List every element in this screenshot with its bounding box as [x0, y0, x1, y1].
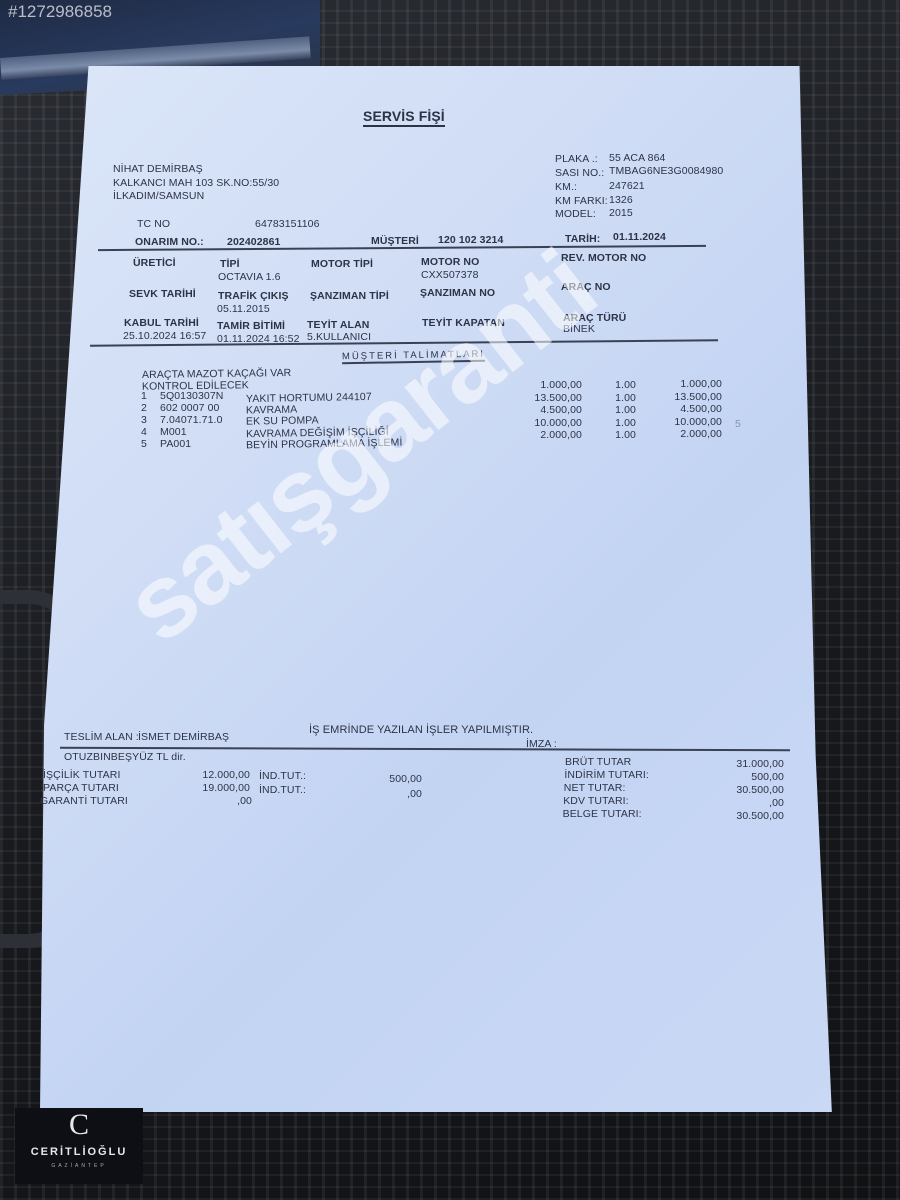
total-value: 30.500,00: [690, 810, 784, 822]
line-item-qty: 1.00: [600, 404, 636, 416]
total-label: BRÜT TUTAR: [565, 756, 631, 768]
teyit-alan-value: 5.KULLANICI: [307, 331, 371, 343]
dealer-logo: C CERİTLİOĞLU GAZİANTEP: [15, 1108, 143, 1184]
amount-in-words: OTUZBINBEŞYÜZ TL dir.: [64, 751, 186, 763]
tc-label: TC NO: [137, 218, 170, 230]
rev-motor-no-label: REV. MOTOR NO: [561, 252, 646, 264]
line-item-no: 2: [141, 402, 147, 414]
km-label: KM.:: [555, 181, 577, 193]
km-farki-label: KM FARKI:: [555, 195, 608, 207]
total-label: İNDİRİM TUTARI:: [564, 769, 649, 781]
tamir-bitimi-label: TAMİR BİTİMİ: [217, 320, 285, 332]
musteri-label: MÜŞTERİ: [371, 235, 419, 247]
line-item-total: 10.000,00: [640, 416, 722, 428]
stray-mark: 5: [735, 418, 741, 430]
kabul-tarihi-label: KABUL TARİHİ: [124, 317, 199, 329]
line-item-qty: 1.00: [600, 417, 636, 429]
plaka-label: PLAKA .:: [555, 153, 598, 165]
total-label: BELGE TUTARI:: [563, 808, 642, 820]
onarim-value: 202402861: [227, 236, 280, 248]
dealer-logo-mark: C: [15, 1110, 143, 1140]
tipi-label: TİPİ: [220, 258, 240, 270]
line-item-unit-price: 4.500,00: [500, 404, 582, 416]
teslim-alan-value: İSMET DEMİRBAŞ: [138, 731, 229, 743]
line-item-no: 1: [141, 390, 147, 402]
km-farki-value: 1326: [609, 194, 633, 206]
motor-tipi-label: MOTOR TİPİ: [311, 258, 373, 270]
line-item-no: 3: [141, 414, 147, 426]
ind-tut-value-1: 500,00: [340, 773, 422, 785]
customer-address-2: İLKADIM/SAMSUN: [113, 190, 204, 202]
line-item-code: 7.04071.71.0: [160, 414, 223, 426]
line-item-qty: 1.00: [600, 429, 636, 441]
kabul-tarihi-value: 25.10.2024 16:57: [123, 330, 206, 342]
customer-address-1: KALKANCI MAH 103 SK.NO:55/30: [113, 177, 279, 189]
total-label: NET TUTAR:: [564, 782, 626, 794]
tipi-value: OCTAVIA 1.6: [218, 271, 281, 283]
total-value: 30.500,00: [690, 784, 784, 796]
line-item-no: 4: [141, 426, 147, 438]
parca-value: 19.000,00: [170, 782, 250, 794]
line-item-code: 5Q0130307N: [160, 390, 223, 402]
service-receipt: SERVİS FİŞİ NİHAT DEMİRBAŞ KALKANCI MAH …: [0, 0, 900, 1200]
line-item-qty: 1.00: [600, 392, 636, 404]
onarim-label: ONARIM NO.:: [135, 236, 204, 248]
sanziman-tipi-label: ŞANZIMAN TİPİ: [310, 290, 389, 302]
km-value: 247621: [609, 180, 645, 192]
line-item-code: M001: [160, 426, 187, 438]
trafik-cikis-value: 05.11.2015: [217, 303, 270, 315]
garanti-value: ,00: [170, 795, 252, 807]
line-item-total: 4.500,00: [640, 403, 722, 415]
line-item-unit-price: 2.000,00: [500, 429, 582, 441]
line-item-code: PA001: [160, 438, 191, 450]
tc-value: 64783151106: [255, 218, 320, 230]
sevk-tarihi-label: SEVK TARİHİ: [129, 288, 196, 300]
tarih-value: 01.11.2024: [613, 231, 666, 243]
ind-tut-label-2: İND.TUT.:: [259, 784, 306, 796]
garanti-label: GARANTİ TUTARI: [40, 795, 136, 807]
iscilik-value: 12.000,00: [170, 769, 250, 781]
total-value: ,00: [690, 797, 784, 809]
parca-label: PARÇA TUTARI:: [40, 782, 138, 794]
total-label: KDV TUTARI:: [563, 795, 628, 807]
model-label: MODEL:: [555, 208, 596, 220]
total-value: 31.000,00: [690, 758, 784, 770]
sasi-label: SASI NO.:: [555, 167, 604, 179]
teslim-alan-label: TESLİM ALAN :: [64, 731, 139, 743]
musteri-value: 120 102 3214: [438, 234, 503, 246]
line-item-code: 602 0007 00: [160, 402, 220, 414]
dealer-city: GAZİANTEP: [15, 1163, 143, 1169]
line-item-total: 13.500,00: [640, 391, 722, 403]
trafik-cikis-label: TRAFİK ÇIKIŞ: [218, 290, 289, 302]
dealer-name: CERİTLİOĞLU: [15, 1146, 143, 1158]
sasi-value: TMBAG6NE3G0084980: [609, 165, 723, 177]
model-value: 2015: [609, 207, 633, 219]
iscilik-label: İŞÇİLİK TUTARI:: [40, 769, 150, 781]
completed-statement: İŞ EMRİNDE YAZILAN İŞLER YAPILMIŞTIR.: [309, 724, 533, 736]
line-item-total: 1.000,00: [640, 378, 722, 390]
plaka-value: 55 ACA 864: [609, 152, 665, 164]
line-item-total: 2.000,00: [640, 428, 722, 440]
motor-no-value: CXX507378: [421, 269, 479, 281]
uretici-label: ÜRETİCİ: [133, 257, 176, 269]
line-item-no: 5: [141, 438, 147, 450]
ind-tut-value-2: ,00: [340, 788, 422, 800]
line-item-qty: 1.00: [600, 379, 636, 391]
ind-tut-label-1: İND.TUT.:: [259, 770, 306, 782]
line-item-unit-price: 10.000,00: [500, 417, 582, 429]
total-value: 500,00: [690, 771, 784, 783]
teyit-alan-label: TEYİT ALAN: [307, 319, 369, 331]
tarih-label: TARİH:: [565, 233, 600, 245]
customer-name: NİHAT DEMİRBAŞ: [113, 163, 203, 175]
motor-no-label: MOTOR NO: [421, 256, 479, 268]
document-title: SERVİS FİŞİ: [363, 108, 445, 127]
